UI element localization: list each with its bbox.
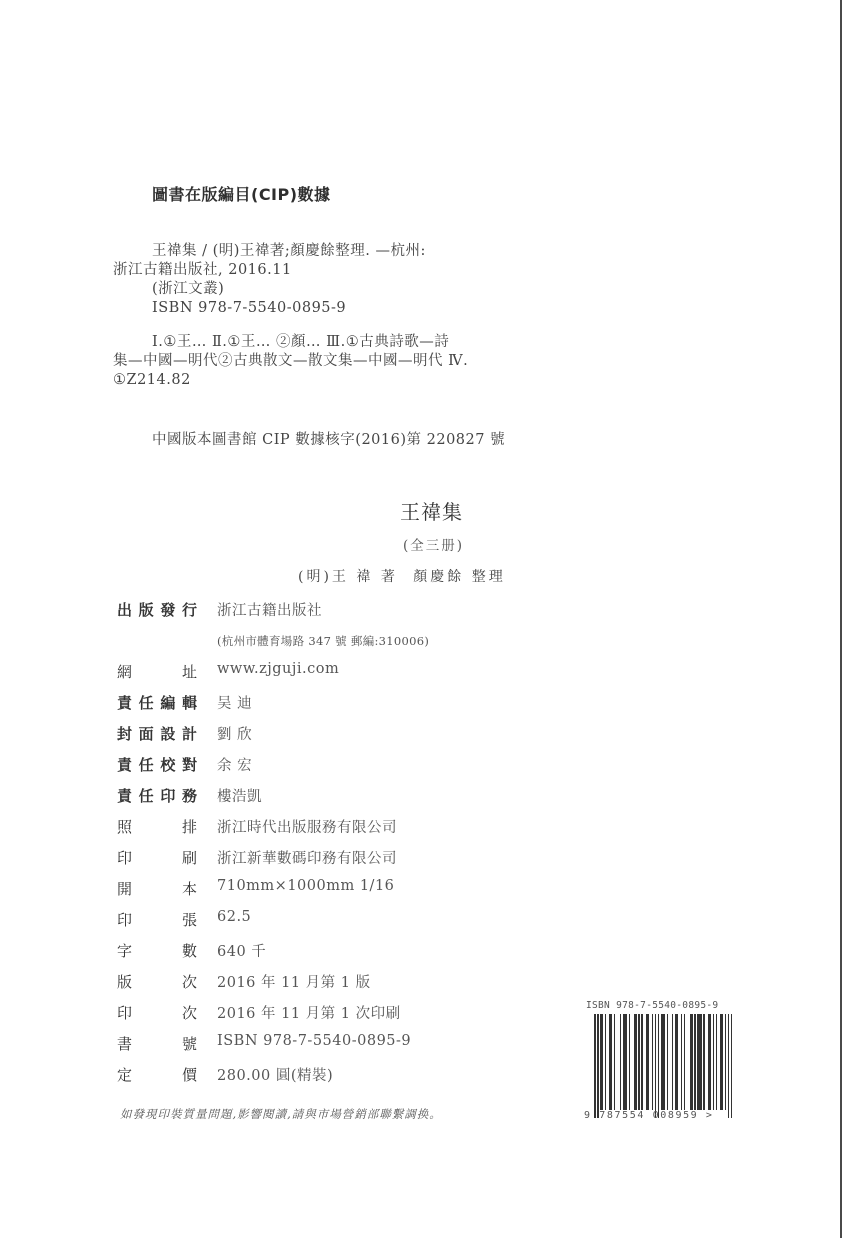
book-volumes: (全三册) [0, 534, 843, 554]
cip-line: 浙江古籍出版社, 2016.11 [113, 261, 593, 280]
spec-value: 640 千 [217, 940, 266, 961]
cip-line: Ⅰ.①王… Ⅱ.①王… ②顏… Ⅲ.①古典詩歌—詩 [113, 333, 593, 352]
cip-number: 中國版本圖書館 CIP 數據核字(2016)第 220827 號 [152, 428, 505, 449]
cip-line: ①Z214.82 [113, 371, 593, 390]
spec-value: 710mm×1000mm 1/16 [217, 878, 394, 894]
spec-label: 印次 [117, 1002, 197, 1023]
spec-label: 印刷 [117, 847, 197, 868]
spec-label: 照排 [117, 816, 197, 837]
spec-label: 書號 [117, 1033, 197, 1054]
spec-label: 版次 [117, 971, 197, 992]
spec-label: 開本 [117, 878, 197, 899]
spec-value: ISBN 978-7-5540-0895-9 [217, 1033, 411, 1049]
spec-value: 2016 年 11 月第 1 次印刷 [217, 1002, 401, 1023]
barcode-digits: 9 787554 008959 > [584, 1110, 714, 1121]
spec-value: 劉 欣 [217, 723, 252, 744]
cip-line: ISBN 978-7-5540-0895-9 [113, 299, 593, 318]
book-title: 王禕集 [0, 496, 843, 525]
spec-value: 浙江時代出版服務有限公司 [217, 816, 397, 837]
cip-line: 集—中國—明代②古典散文—散文集—中國—明代 Ⅳ. [113, 352, 593, 371]
book-credits: (明)王 禕 著 顏慶餘 整理 [298, 566, 514, 586]
isbn-barcode: ISBN 978-7-5540-0895-9 9 787554 008959 > [584, 1000, 744, 1130]
spec-label: 字數 [117, 940, 197, 961]
spec-value: 62.5 [217, 909, 251, 925]
spec-label: 出版發行 [117, 599, 197, 620]
cip-line: 王禕集 / (明)王禕著;顏慶餘整理. —杭州: [113, 242, 593, 261]
barcode-isbn-text: ISBN 978-7-5540-0895-9 [586, 1000, 718, 1011]
author-credit: (明)王 禕 著 [298, 569, 398, 585]
cip-subject-entry: Ⅰ.①王… Ⅱ.①王… ②顏… Ⅲ.①古典詩歌—詩 集—中國—明代②古典散文—散… [113, 333, 593, 390]
spec-label: 印張 [117, 909, 197, 930]
editor-credit: 顏慶餘 整理 [413, 569, 505, 585]
spec-label: 網址 [117, 661, 197, 682]
publisher-address: (杭州市體育場路 347 號 郵編:310006) [217, 633, 429, 649]
quality-notice: 如發現印裝質量問題,影響閱讀,請與市場營銷部聯繫調换。 [120, 1106, 442, 1122]
cip-heading: 圖書在版編目(CIP)數據 [152, 182, 331, 205]
spec-value: 2016 年 11 月第 1 版 [217, 971, 371, 992]
cip-line: (浙江文叢) [113, 280, 593, 299]
spec-value: www.zjguji.com [217, 661, 339, 677]
spec-value: 吴 迪 [217, 692, 252, 713]
spec-label: 責任校對 [117, 754, 197, 775]
spec-value: 280.00 圓(精裝) [217, 1064, 333, 1085]
page-edge-line [840, 0, 842, 1238]
barcode-icon [594, 1014, 734, 1118]
cip-main-entry: 王禕集 / (明)王禕著;顏慶餘整理. —杭州: 浙江古籍出版社, 2016.1… [113, 242, 593, 318]
spec-value: 樓浩凱 [217, 785, 262, 806]
spec-label: 定價 [117, 1064, 197, 1085]
spec-value: 浙江古籍出版社 [217, 599, 322, 620]
spec-label: 責任編輯 [117, 692, 197, 713]
spec-value: 余 宏 [217, 754, 252, 775]
spec-label: 責任印務 [117, 785, 197, 806]
spec-label: 封面設計 [117, 723, 197, 744]
spec-value: 浙江新華數碼印務有限公司 [217, 847, 397, 868]
